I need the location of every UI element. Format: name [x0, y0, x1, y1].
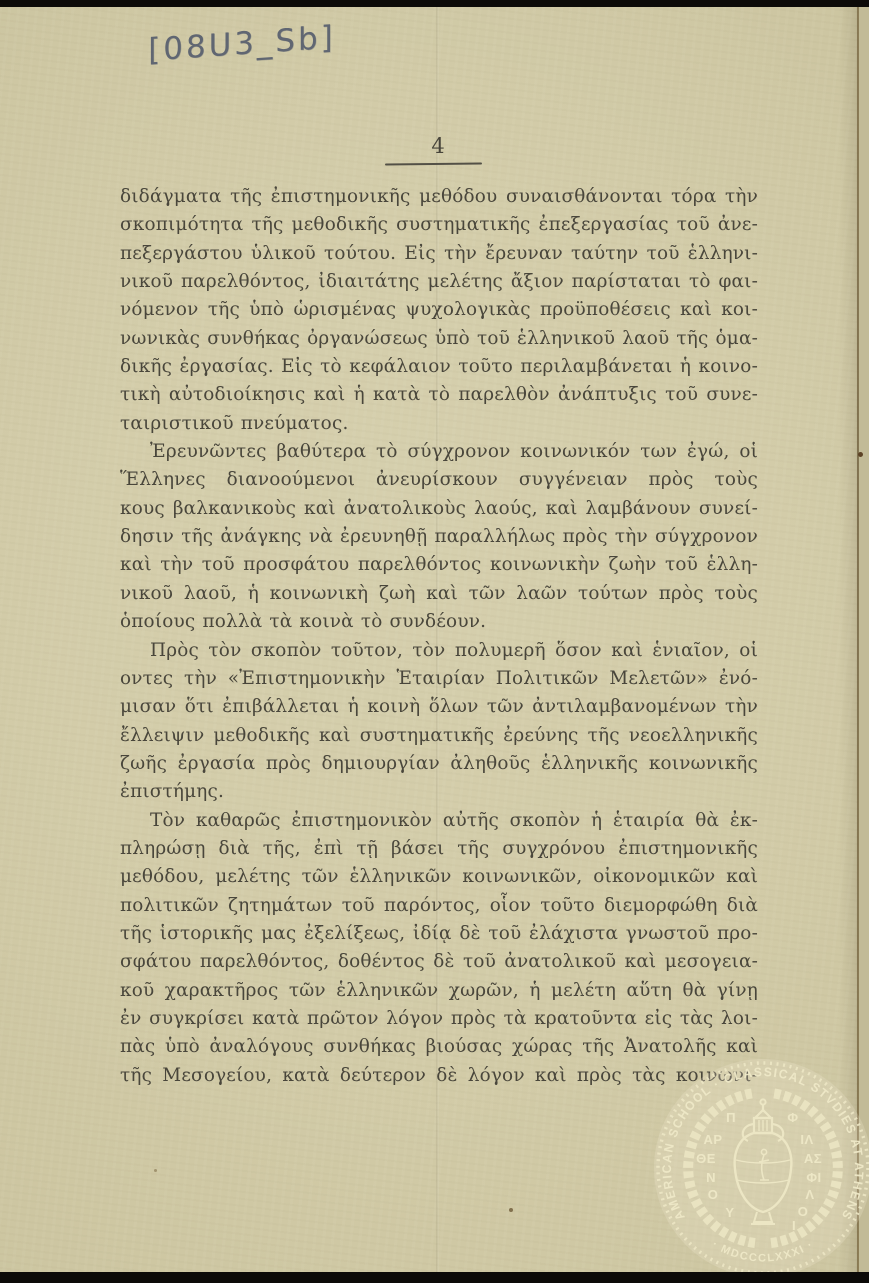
- text-line: ἐν συγκρίσει κατὰ πρῶτον λόγον πρὸς τὰ κ…: [120, 1005, 758, 1033]
- text-line: Ἕλληνες διανοούμενοι ἀνευρίσκουν συγγένε…: [120, 466, 758, 494]
- svg-text:Υ: Υ: [725, 1205, 734, 1220]
- text-line: διδάγματα τῆς ἐπιστημονικῆς μεθόδου συνα…: [120, 183, 758, 211]
- text-line: ζωῆς ἐργασία πρὸς δημιουργίαν ἀληθοῦς ἑλ…: [120, 750, 758, 778]
- paper-speck: [858, 452, 863, 457]
- text-line: πολιτικῶν ζητημάτων τοῦ παρόντος, οἷον τ…: [120, 892, 758, 920]
- text-line: ἔλλειψιν μεθοδικῆς καὶ συστηματικῆς ἐρεύ…: [120, 722, 758, 750]
- svg-text:ΑΣ: ΑΣ: [804, 1151, 822, 1166]
- text-line: μισαν ὅτι ἐπιβάλλεται ἡ κοινὴ ὅλων τῶν ἀ…: [120, 693, 758, 721]
- svg-text:Ο: Ο: [798, 1204, 809, 1219]
- text-line: σκοπιμότητα τῆς μεθοδικῆς συστηματικῆς ἐ…: [120, 211, 758, 239]
- text-line: πληρώσῃ διὰ τῆς, ἐπὶ τῇ βάσει τῆς συγχρό…: [120, 835, 758, 863]
- text-line: Πρὸς τὸν σκοπὸν τοῦτον, τὸν πολυμερῆ ὅσο…: [120, 637, 758, 665]
- svg-text:Π: Π: [726, 1110, 736, 1125]
- text-line: τῆς ἱστορικῆς μας ἐξελίξεως, ἰδίᾳ δὲ τοῦ…: [120, 920, 758, 948]
- text-line: ταιριστικοῦ πνεύματος.: [120, 410, 758, 438]
- text-line: Ἐρευνῶντες βαθύτερα τὸ σύγχρονον κοινωνι…: [120, 438, 758, 466]
- embossed-library-seal: AMERICAN SCHOOL · CLASSICAL STVDIES AT A…: [651, 1056, 869, 1282]
- svg-text:Ο: Ο: [708, 1187, 719, 1202]
- body-text: διδάγματα τῆς ἐπιστημονικῆς μεθόδου συνα…: [120, 183, 758, 1090]
- text-line: μεθόδου, μελέτης τῶν ἑλληνικῶν κοινωνικῶ…: [120, 863, 758, 891]
- text-line: νωνικὰς συνθήκας ὀργανώσεως ὑπὸ τοῦ ἑλλη…: [120, 325, 758, 353]
- paper-speck: [154, 1169, 157, 1172]
- page-number: 4: [120, 134, 757, 158]
- text-line: καὶ τὴν τοῦ προσφάτου παρελθόντος κοινων…: [120, 551, 758, 579]
- text-line: ὁποίους πολλὰ τὰ κοινὰ τὸ συνδέουν.: [120, 608, 758, 636]
- text-line: Τὸν καθαρῶς ἐπιστημονικὸν αὐτῆς σκοπὸν ἡ…: [120, 807, 758, 835]
- text-line: οντες τὴν «Ἐπιστημονικὴν Ἑταιρίαν Πολιτι…: [120, 665, 758, 693]
- svg-text:ΙΛ: ΙΛ: [800, 1132, 813, 1147]
- text-line: κους βαλκανικοὺς καὶ ἀνατολικοὺς λαούς, …: [120, 495, 758, 523]
- text-line: ἐπιστήμης.: [120, 778, 758, 806]
- text-line: δικῆς ἐργασίας. Εἰς τὸ κεφάλαιον τοῦτο π…: [120, 353, 758, 381]
- svg-text:Λ: Λ: [805, 1187, 814, 1202]
- text-line: τικὴ αὐτοδιοίκησις καὶ ἡ κατὰ τὸ παρελθὸ…: [120, 381, 758, 409]
- text-line: κοῦ χαρακτῆρος τῶν ἑλληνικῶν χωρῶν, ἡ με…: [120, 977, 758, 1005]
- text-line: νικοῦ παρελθόντος, ἰδιαιτάτης μελέτης ἄξ…: [120, 268, 758, 296]
- svg-text:ΑΡ: ΑΡ: [703, 1132, 722, 1147]
- svg-text:Ν: Ν: [706, 1170, 716, 1185]
- scanner-edge-bottom: [0, 1272, 869, 1283]
- scanned-document-page: [08U3_Sb] 4 διδάγματα τῆς ἐπιστημονικῆς …: [0, 0, 869, 1283]
- svg-text:ΘΕ: ΘΕ: [696, 1151, 716, 1166]
- text-line: νόμενον τῆς ὑπὸ ὡρισμένας ψυχολογικὰς πρ…: [120, 296, 758, 324]
- text-line: δησιν τῆς ἀνάγκης νὰ ἐρευνηθῇ παραλλήλως…: [120, 523, 758, 551]
- text-line: νικοῦ λαοῦ, ἡ κοινωνικὴ ζωὴ καὶ τῶν λαῶν…: [120, 580, 758, 608]
- scanner-edge-top: [0, 0, 869, 7]
- svg-text:Ι: Ι: [792, 1218, 796, 1233]
- paper-speck: [509, 1208, 513, 1212]
- text-line: πεξεργάστου ὑλικοῦ τούτου. Εἰς τὴν ἔρευν…: [120, 240, 758, 268]
- svg-text:ΦΙ: ΦΙ: [806, 1170, 821, 1185]
- text-line: σφάτου παρελθόντος, δοθέντος δὲ τοῦ ἀνατ…: [120, 948, 758, 976]
- svg-text:Φ: Φ: [787, 1110, 798, 1125]
